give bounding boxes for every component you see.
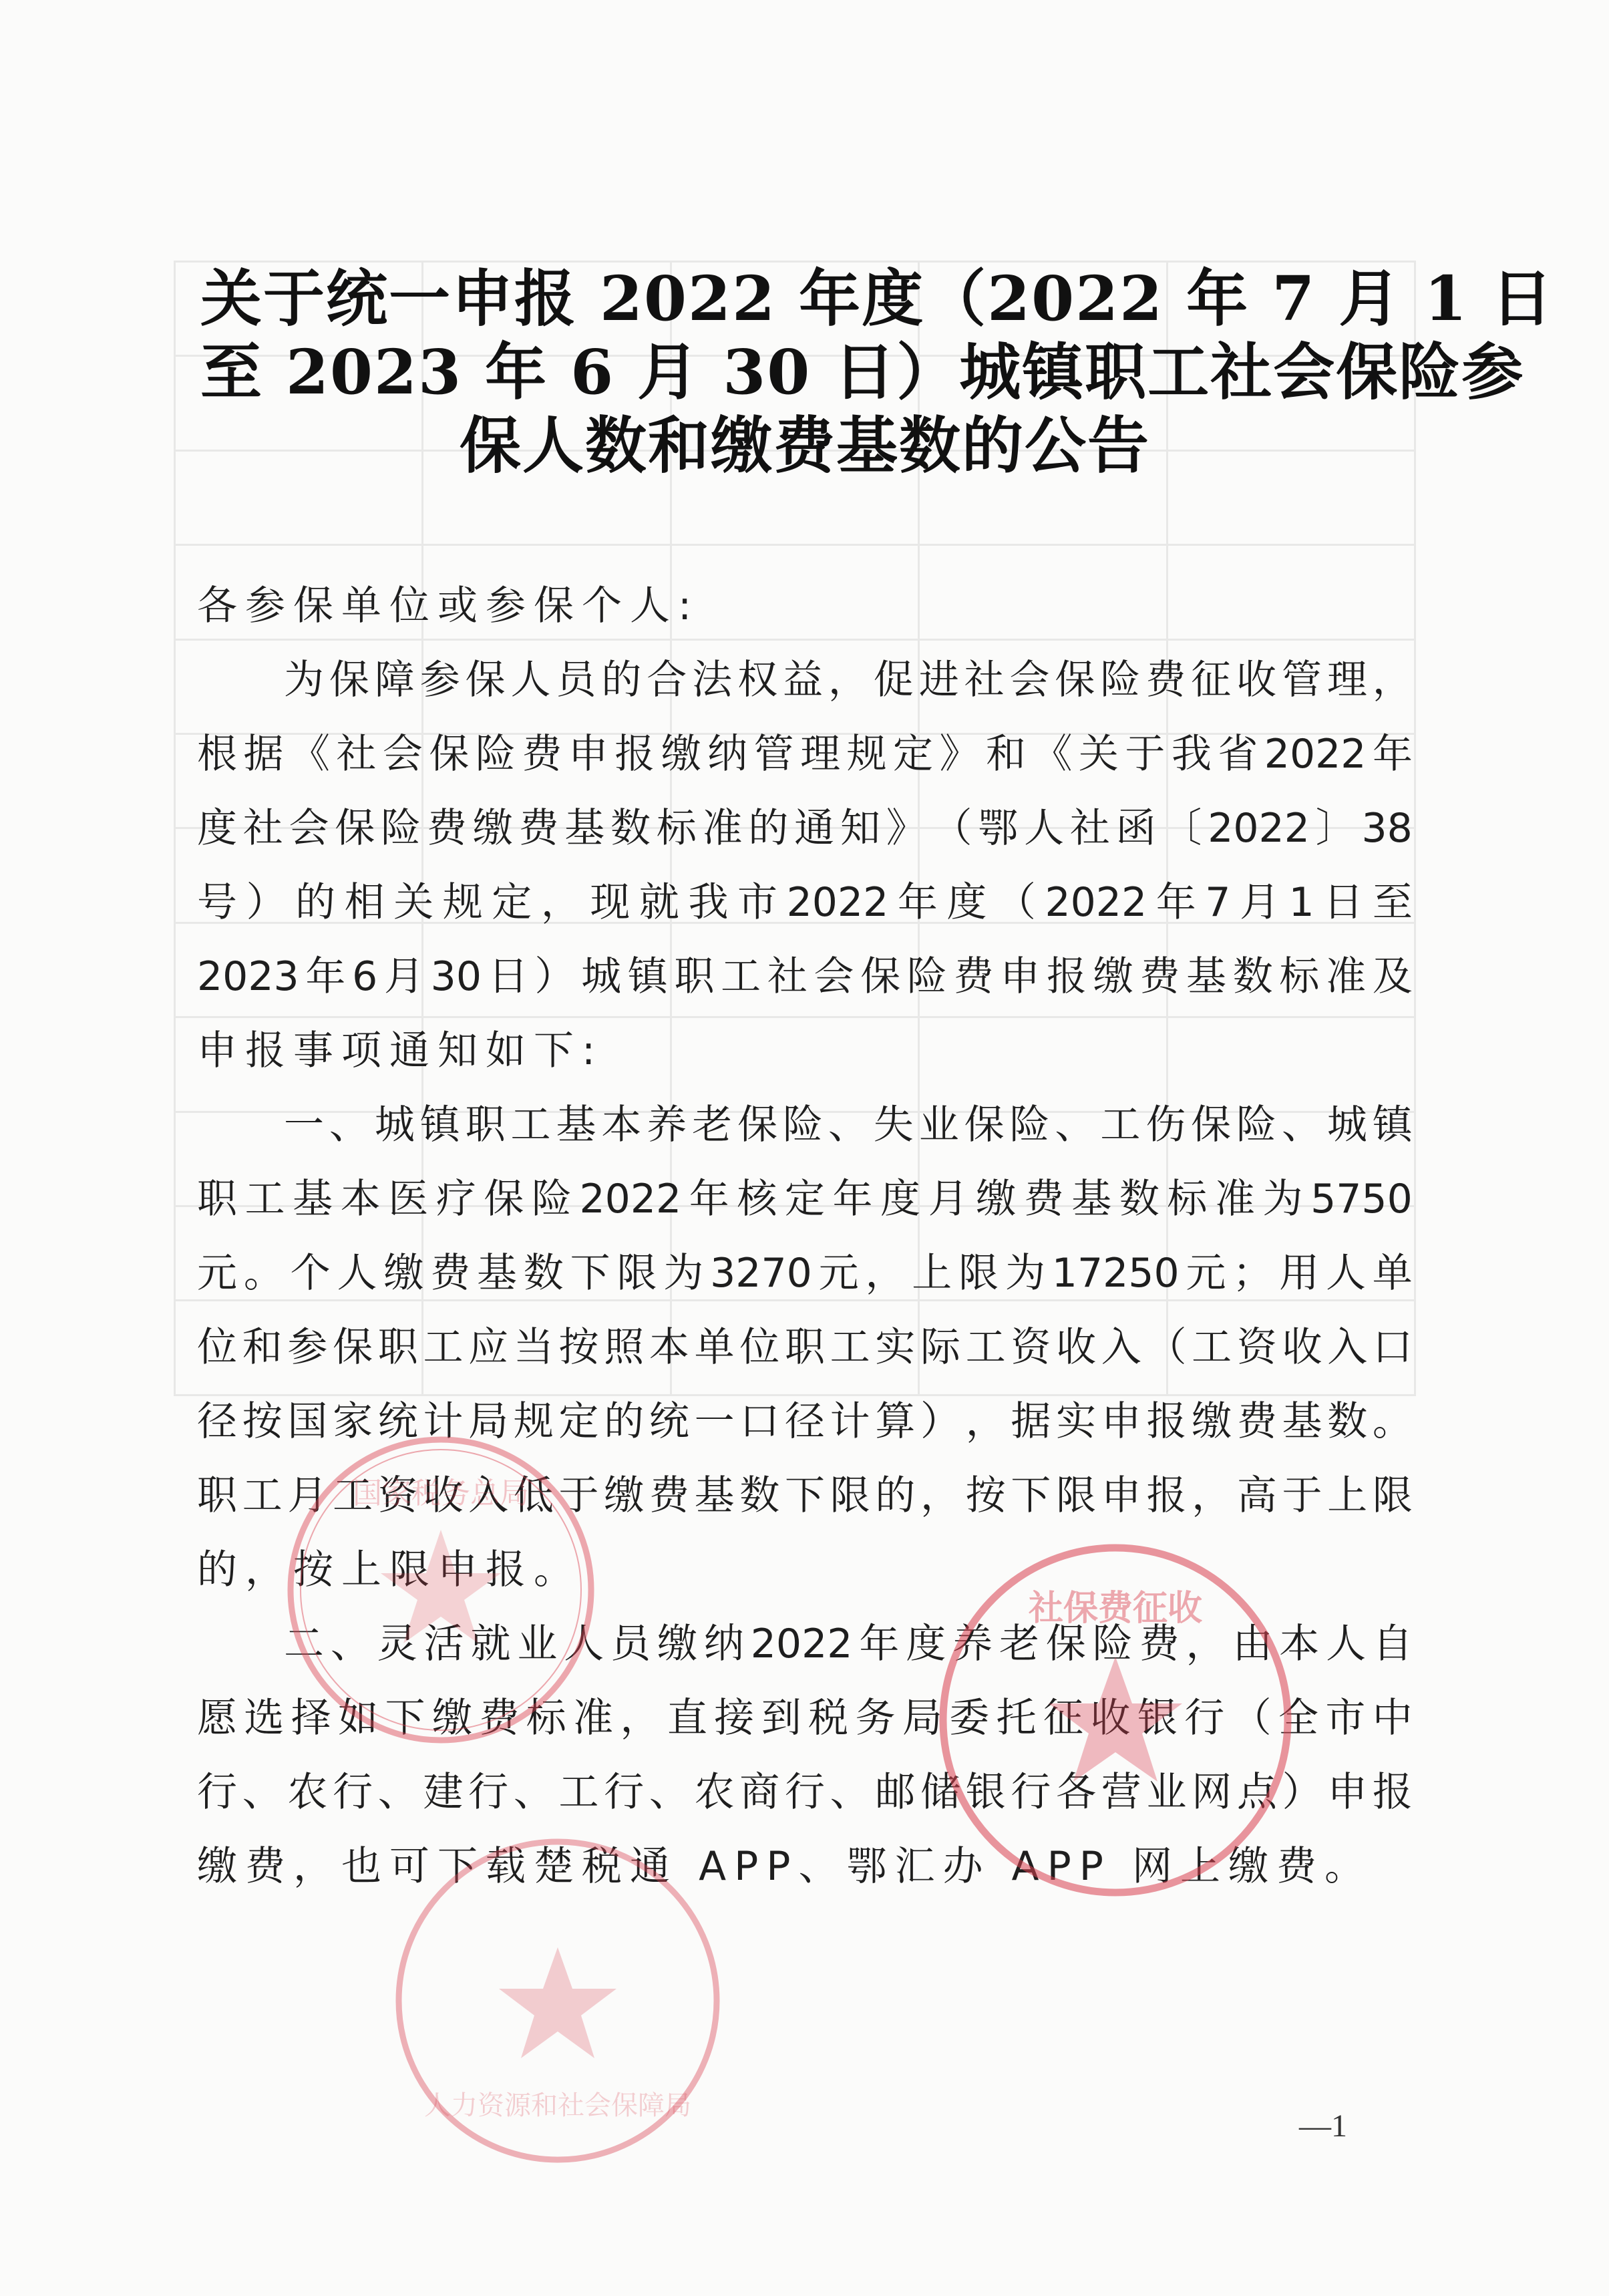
body-token: 元 <box>1186 1237 1226 1311</box>
body-token: 建 <box>423 1756 463 1830</box>
body-token: 工 <box>511 1088 551 1162</box>
body-token: 下 <box>1011 1459 1051 1533</box>
body-token: 。 <box>244 1237 284 1311</box>
body-token: 日 <box>488 940 528 1014</box>
body-token: 费 <box>479 1681 519 1756</box>
body-token: 征 <box>1191 643 1231 717</box>
body-token: 管 <box>754 717 794 792</box>
body-token: 相 <box>345 866 385 940</box>
body-token: 职 <box>197 1459 237 1533</box>
body-token: 月 <box>1240 866 1280 940</box>
body-token: 、 <box>378 1756 418 1830</box>
body-token: 的 <box>601 643 641 717</box>
body-token: 标 <box>1167 1162 1207 1237</box>
document-body: 各参保单位或参保个人: 为保障参保人员的合法权益，促进社会保险费征收管理，根据《… <box>197 569 1413 1904</box>
body-token: 老 <box>999 1607 1039 1681</box>
body-token: 报 <box>1047 940 1087 1014</box>
body-token: 《 <box>290 717 330 792</box>
body-token: 关 <box>1079 717 1119 792</box>
body-token: 资 <box>1237 1311 1277 1385</box>
body-token: 基 <box>695 1459 735 1533</box>
body-token: 费 <box>1139 1607 1180 1681</box>
body-token: 城 <box>375 1088 415 1162</box>
body-token: 障 <box>375 643 415 717</box>
body-token: ， <box>865 1237 905 1311</box>
body-token: 于 <box>559 1459 599 1533</box>
body-token: 低 <box>514 1459 554 1533</box>
body-token: 管 <box>1282 643 1322 717</box>
body-token: 鄂 <box>978 792 1018 866</box>
body-token: 保 <box>333 1311 373 1385</box>
body-token: 〕 <box>1316 792 1356 866</box>
body-token: 口 <box>739 1385 779 1459</box>
body-token: 保 <box>429 717 469 792</box>
body-line: 为保障参保人员的合法权益，促进社会保险费征收管理， <box>197 643 1413 717</box>
body-token: 为 <box>284 643 324 717</box>
body-token: （ <box>1146 1311 1186 1385</box>
body-token: 工 <box>333 1459 373 1533</box>
body-token: ， <box>828 643 868 717</box>
body-token: 定 <box>492 866 532 940</box>
body-token: 、 <box>514 1756 554 1830</box>
body-token: 、 <box>242 1756 283 1830</box>
body-line: 职工月工资收入低于缴费基数下限的，按下限申报，高于上限 <box>197 1459 1413 1533</box>
body-token: 于 <box>1125 717 1165 792</box>
body-token: 和 <box>986 717 1026 792</box>
body-token: 口 <box>1373 1311 1413 1385</box>
body-token: 按 <box>242 1385 283 1459</box>
body-token: 当 <box>514 1311 554 1385</box>
body-token: 如 <box>338 1681 378 1756</box>
body-token: ， <box>1192 1459 1232 1533</box>
body-token: 月 <box>928 1162 968 1237</box>
body-token: 《 <box>1032 717 1072 792</box>
body-line: 位和参保职工应当按照本单位职工实际工资收入（工资收入口 <box>197 1311 1413 1385</box>
body-token: 位 <box>739 1311 779 1385</box>
body-token: 我 <box>688 866 728 940</box>
body-token: 限 <box>830 1459 870 1533</box>
body-token: 费 <box>430 1237 470 1311</box>
body-token: 度 <box>906 1607 946 1681</box>
body-token: 至 <box>1373 866 1413 940</box>
body-token: 会 <box>383 717 423 792</box>
body-token: 入 <box>1327 1311 1367 1385</box>
body-token: 标 <box>526 1681 566 1756</box>
body-token: 〔 <box>1161 792 1202 866</box>
body-token: 镇 <box>1373 1088 1413 1162</box>
document-title: 关于统一申报 2022 年度（2022 年 7 月 1 日 至 2023 年 6… <box>200 262 1409 482</box>
body-token: 费 <box>1145 643 1186 717</box>
body-token: 元 <box>197 1237 237 1311</box>
body-token: 险 <box>1236 1088 1276 1162</box>
body-token: ， <box>1186 1607 1226 1681</box>
body-token: 职 <box>197 1162 237 1237</box>
body-token: 6 <box>352 940 377 1014</box>
page-number: —1 <box>1299 2108 1347 2144</box>
body-token: 本 <box>649 1311 689 1385</box>
body-token: 际 <box>920 1311 960 1385</box>
body-token: 5750 <box>1310 1162 1413 1237</box>
body-token: 日 <box>1323 866 1363 940</box>
body-token: 实 <box>1056 1385 1096 1459</box>
body-line: 二、灵活就业人员缴纳2022年度养老保险费，由本人自 <box>197 1607 1413 1681</box>
body-token: 申 <box>1327 1756 1367 1830</box>
body-token: 年 <box>1156 866 1196 940</box>
body-token: 银 <box>1137 1681 1178 1756</box>
body-token: 益 <box>783 643 823 717</box>
body-token: 费 <box>954 940 994 1014</box>
body-token: 银 <box>966 1756 1006 1830</box>
body-token: 1 <box>1289 866 1314 940</box>
body-token: ， <box>966 1385 1006 1459</box>
body-line: 一、城镇职工基本养老保险、失业保险、工伤保险、城镇 <box>197 1088 1413 1162</box>
body-token: 费 <box>518 792 558 866</box>
body-token: 的 <box>748 792 788 866</box>
body-token: 城 <box>581 940 621 1014</box>
body-token: 业 <box>517 1607 557 1681</box>
title-line-1: 关于统一申报 2022 年度（2022 年 7 月 1 日 <box>200 262 1409 335</box>
body-token: 行 <box>197 1756 237 1830</box>
body-token: 年 <box>689 1162 729 1237</box>
body-token: 本 <box>341 1162 381 1237</box>
body-token: 职 <box>674 940 714 1014</box>
body-token: 标 <box>1279 940 1319 1014</box>
body-token: 险 <box>783 1088 823 1162</box>
body-token: 核 <box>737 1162 777 1237</box>
body-token: 准 <box>703 792 743 866</box>
body-token: 报 <box>1146 1459 1186 1533</box>
body-token: 国 <box>287 1385 327 1459</box>
title-line-2: 至 2023 年 6 月 30 日）城镇职工社会保险参 <box>200 335 1409 409</box>
body-token: 局 <box>902 1681 942 1756</box>
body-token: 数 <box>739 1459 779 1533</box>
body-line: 2023年6月30日）城镇职工社会保险费申报缴费基数标准及 <box>197 940 1413 1014</box>
body-token: 位 <box>197 1311 237 1385</box>
body-token: 数 <box>1233 940 1273 1014</box>
body-token: ， <box>541 866 581 940</box>
body-token: 就 <box>639 866 679 940</box>
body-token: 选 <box>244 1681 284 1756</box>
body-token: 工 <box>966 1311 1006 1385</box>
body-token: 行 <box>1184 1681 1224 1756</box>
body-token: 职 <box>378 1311 418 1385</box>
body-token: 单 <box>1373 1237 1413 1311</box>
body-token: 按 <box>966 1459 1006 1533</box>
body-token: 月 <box>287 1459 327 1533</box>
body-token: 社 <box>964 643 1005 717</box>
body-token: 会 <box>814 940 854 1014</box>
body-token: 资 <box>1011 1311 1051 1385</box>
body-token: 现 <box>590 866 630 940</box>
body-token: 托 <box>997 1681 1037 1756</box>
body-token: 择 <box>291 1681 331 1756</box>
body-line: 的，按上限申报。 <box>197 1533 1413 1607</box>
body-token: 函 <box>1116 792 1156 866</box>
body-token: 职 <box>785 1311 825 1385</box>
body-token: 基 <box>1071 1162 1111 1237</box>
body-token: 征 <box>1043 1681 1083 1756</box>
body-token: 为 <box>1005 1237 1045 1311</box>
body-token: 收 <box>423 1459 463 1533</box>
body-token: 定 <box>559 1385 599 1459</box>
body-token: 申 <box>1101 1459 1141 1533</box>
body-token: 入 <box>1101 1311 1141 1385</box>
body-token: 费 <box>522 717 562 792</box>
body-token: 营 <box>1101 1756 1141 1830</box>
body-token: 工 <box>423 1311 463 1385</box>
body-line: 愿选择如下缴费标准，直接到税务局委托征收银行（全市中 <box>197 1681 1413 1756</box>
body-token: 工 <box>559 1756 599 1830</box>
body-token: 收 <box>1282 1311 1322 1385</box>
body-token: 储 <box>920 1756 960 1830</box>
body-token: 的 <box>875 1459 915 1533</box>
body-token: 收 <box>1056 1311 1096 1385</box>
body-token: 人 <box>1326 1237 1366 1311</box>
body-token: 愿 <box>197 1681 237 1756</box>
body-token: 纳 <box>707 717 747 792</box>
body-token: 实 <box>875 1311 915 1385</box>
body-token: 、 <box>1055 1088 1095 1162</box>
body-token: 基 <box>564 792 604 866</box>
body-token: 据 <box>1011 1385 1051 1459</box>
body-token: 各 <box>1056 1756 1096 1830</box>
body-token: 基 <box>1186 940 1226 1014</box>
body-token: 理 <box>800 717 840 792</box>
body-token: 资 <box>378 1459 418 1533</box>
body-token: 2022 <box>580 1162 682 1237</box>
body-token: 伤 <box>1145 1088 1186 1162</box>
body-token: 年 <box>832 1162 872 1237</box>
body-token: 养 <box>647 1088 687 1162</box>
body-token: 一 <box>284 1088 324 1162</box>
body-token: 17250 <box>1052 1237 1180 1311</box>
body-token: 保 <box>860 940 900 1014</box>
body-token: 2022 <box>787 866 889 940</box>
body-token: 及 <box>1373 940 1413 1014</box>
body-token: 局 <box>468 1385 508 1459</box>
body-token: 失 <box>874 1088 914 1162</box>
body-token: 单 <box>695 1311 735 1385</box>
body-token: 报 <box>1146 1385 1186 1459</box>
body-token: 会 <box>289 792 329 866</box>
body-token: 、 <box>331 1607 371 1681</box>
body-token: 镇 <box>420 1088 460 1162</box>
body-token: 费 <box>427 792 467 866</box>
body-token: 30 <box>431 940 482 1014</box>
body-token: 数 <box>1327 1385 1367 1459</box>
body-token: 、 <box>828 1088 868 1162</box>
body-line: 根据《社会保险费申报缴纳管理规定》和《关于我省2022年 <box>197 717 1413 792</box>
body-token: 老 <box>692 1088 732 1162</box>
body-token: 数 <box>1119 1162 1159 1237</box>
body-token: 计 <box>830 1385 870 1459</box>
body-token: 月 <box>384 940 424 1014</box>
body-token: 照 <box>604 1311 644 1385</box>
body-token: 限 <box>1056 1459 1096 1533</box>
body-token: 定 <box>785 1162 825 1237</box>
body-token: ） <box>1282 1756 1322 1830</box>
body-token: ） <box>534 940 574 1014</box>
body-token: 知 <box>840 792 880 866</box>
body-token: 缴 <box>661 717 701 792</box>
body-line: 缴费，也可下载楚税通 APP、鄂汇办 APP 网上缴费。 <box>197 1830 1413 1904</box>
body-token: 工 <box>1192 1311 1232 1385</box>
body-token: 定 <box>893 717 933 792</box>
body-token: 下 <box>570 1237 610 1311</box>
body-token: 城 <box>1327 1088 1367 1162</box>
body-token: 缴 <box>976 1162 1016 1237</box>
body-token: ） <box>920 1385 960 1459</box>
body-token: 上 <box>912 1237 952 1311</box>
body-token: 基 <box>477 1237 517 1311</box>
body-token: 就 <box>471 1607 511 1681</box>
body-token: 委 <box>949 1681 989 1756</box>
body-token: 权 <box>737 643 777 717</box>
body-token: 行 <box>785 1756 825 1830</box>
body-token: 行 <box>1011 1756 1051 1830</box>
body-token: 收 <box>1236 643 1276 717</box>
body-token: 参 <box>287 1311 327 1385</box>
body-token: 度 <box>880 1162 920 1237</box>
body-token: 社 <box>336 717 376 792</box>
body-token: 申 <box>568 717 608 792</box>
body-token: 镇 <box>628 940 668 1014</box>
body-token: 自 <box>1373 1607 1413 1681</box>
body-token: 、 <box>329 1088 369 1162</box>
body-token: 缴 <box>1192 1385 1232 1459</box>
body-token: 人 <box>337 1237 377 1311</box>
body-token: 统 <box>378 1385 418 1459</box>
body-token: 市 <box>737 866 777 940</box>
body-token: 根 <box>197 717 237 792</box>
body-token: 下 <box>385 1681 425 1756</box>
body-token: 准 <box>573 1681 613 1756</box>
body-token: 7 <box>1205 866 1230 940</box>
body-token: 数 <box>524 1237 564 1311</box>
body-token: 2022 <box>751 1607 853 1681</box>
body-token: 工 <box>245 1162 285 1237</box>
body-line: 申报事项通知如下: <box>197 1014 1413 1088</box>
body-token: 入 <box>468 1459 508 1533</box>
body-token: 市 <box>1325 1681 1365 1756</box>
body-line: 行、农行、建行、工行、农商行、邮储银行各营业网点）申报 <box>197 1756 1413 1830</box>
body-token: 人 <box>564 1607 604 1681</box>
body-token: 规 <box>443 866 483 940</box>
body-token: 业 <box>1146 1756 1186 1830</box>
body-token: 活 <box>424 1607 464 1681</box>
body-token: 上 <box>1327 1459 1367 1533</box>
body-token: 按 <box>559 1311 599 1385</box>
body-token: 本 <box>1279 1607 1319 1681</box>
body-token: 缴 <box>383 1237 423 1311</box>
document-page: 关于统一申报 2022 年度（2022 年 7 月 1 日 至 2023 年 6… <box>0 0 1609 2296</box>
body-token: 为 <box>663 1237 703 1311</box>
body-token: 保 <box>329 643 369 717</box>
body-token: 网 <box>1192 1756 1232 1830</box>
body-token: 家 <box>333 1385 373 1459</box>
body-token: 度 <box>197 792 237 866</box>
body-token: 缴 <box>657 1607 697 1681</box>
body-token: 用 <box>1279 1237 1319 1311</box>
body-token: 、 <box>649 1756 689 1830</box>
body-token: 农 <box>287 1756 327 1830</box>
body-token: 二 <box>284 1607 324 1681</box>
body-token: 费 <box>1024 1162 1064 1237</box>
body-token: 应 <box>468 1311 508 1385</box>
body-token: 促 <box>874 643 914 717</box>
body-token: 准 <box>1215 1162 1255 1237</box>
body-token: 省 <box>1218 717 1258 792</box>
svg-text:人力资源和社会保障局: 人力资源和社会保障局 <box>424 2090 691 2121</box>
body-token: 保 <box>1055 643 1095 717</box>
body-line-text: 缴费，也可下载楚税通 APP、鄂汇办 APP 网上缴费。 <box>197 1830 1373 1904</box>
body-token: 限 <box>1373 1459 1413 1533</box>
body-token: 、 <box>1282 1088 1322 1162</box>
body-token: 缴 <box>604 1459 644 1533</box>
body-token: 中 <box>1373 1681 1413 1756</box>
body-token: 准 <box>1326 940 1366 1014</box>
body-token: 年 <box>1373 717 1413 792</box>
body-token: ； <box>1232 1237 1272 1311</box>
body-token: 2023 <box>197 940 299 1014</box>
body-token: 2022 <box>1208 792 1310 866</box>
body-line-text: 申报事项通知如下: <box>197 1014 603 1088</box>
body-token: 据 <box>243 717 283 792</box>
body-token: 灵 <box>377 1607 417 1681</box>
body-token: 商 <box>739 1756 779 1830</box>
body-token: 参 <box>420 643 460 717</box>
body-token: 险 <box>476 717 516 792</box>
body-token: 收 <box>1090 1681 1130 1756</box>
body-line: 元。个人缴费基数下限为3270元，上限为17250元；用人单 <box>197 1237 1413 1311</box>
body-token: 号 <box>197 866 237 940</box>
body-token: 纳 <box>704 1607 744 1681</box>
body-token: 保 <box>466 643 506 717</box>
body-token: 》 <box>886 792 926 866</box>
body-token: 员 <box>610 1607 651 1681</box>
body-token: 业 <box>919 1088 959 1162</box>
body-token: 到 <box>761 1681 801 1756</box>
body-token: 基 <box>556 1088 596 1162</box>
body-token: 农 <box>695 1756 735 1830</box>
body-token: （ <box>996 866 1036 940</box>
body-token: 下 <box>785 1459 825 1533</box>
body-token: 险 <box>1093 1607 1133 1681</box>
body-token: 工 <box>721 940 761 1014</box>
body-token: （ <box>932 792 972 866</box>
body-token: 径 <box>197 1385 237 1459</box>
body-token: 。 <box>1373 1385 1413 1459</box>
body-token: 算 <box>875 1385 915 1459</box>
body-token: 法 <box>692 643 732 717</box>
body-token: 2022 <box>1045 866 1147 940</box>
body-token: 3270 <box>710 1237 812 1311</box>
body-token: 保 <box>1046 1607 1086 1681</box>
body-token: 年 <box>898 866 938 940</box>
body-token: 险 <box>381 792 421 866</box>
body-token: 费 <box>1139 940 1180 1014</box>
body-token: 费 <box>1237 1385 1277 1459</box>
body-token: 社 <box>1070 792 1110 866</box>
body-token: 合 <box>647 643 687 717</box>
body-token: 人 <box>511 643 551 717</box>
body-token: 税 <box>808 1681 848 1756</box>
body-token: 关 <box>393 866 433 940</box>
body-token: 险 <box>1100 643 1140 717</box>
body-token: 行 <box>604 1756 644 1830</box>
body-token: 限 <box>958 1237 999 1311</box>
body-token: 医 <box>388 1162 428 1237</box>
